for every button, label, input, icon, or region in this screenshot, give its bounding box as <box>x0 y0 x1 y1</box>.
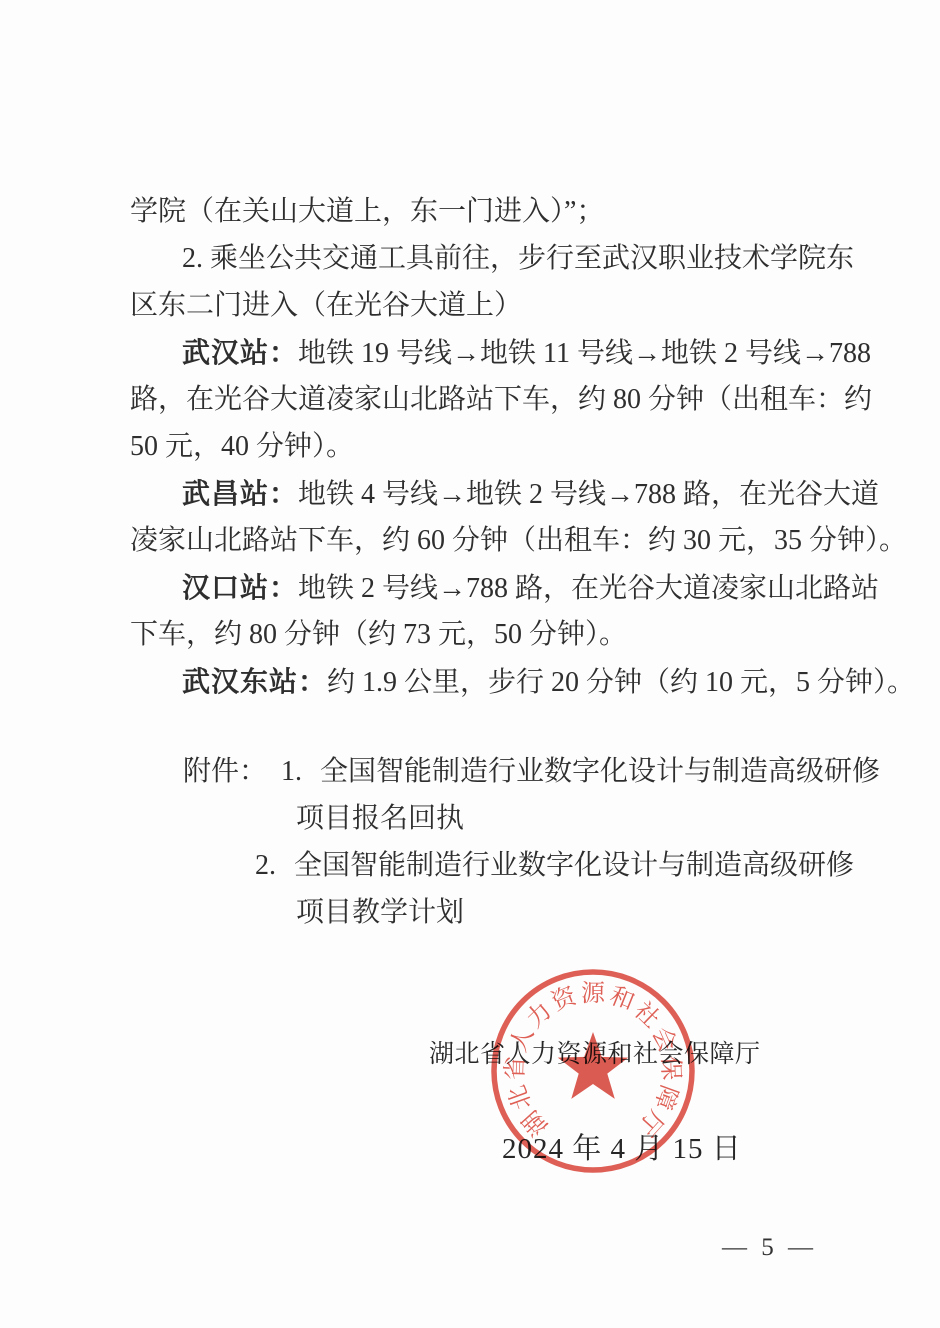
body-line-1: 学院（在关山大道上，东一门进入）”； <box>130 188 842 235</box>
attachments-list: 附件：1.全国智能制造行业数字化设计与制造高级研修 项目报名回执 2.全国智能制… <box>183 748 843 936</box>
body-line-7: 武昌站：地铁 4 号线→地铁 2 号线→788 路，在光谷大道 <box>130 470 842 517</box>
attachment-title: 项目教学计划 <box>296 897 464 928</box>
line-text: 地铁 2 号线→788 路，在光谷大道凌家山北路站 <box>298 573 879 604</box>
attachment-item-1-line-2: 项目报名回执 <box>183 795 843 842</box>
seal-star-icon <box>558 1032 628 1099</box>
body-text: 学院（在关山大道上，东一门进入）”； 2. 乘坐公共交通工具前往，步行至武汉职业… <box>130 188 842 705</box>
station-name-wuhandong: 武汉东站： <box>182 666 327 697</box>
line-text: 凌家山北路站下车，约 60 分钟（出租车：约 30 元，35 分钟）。 <box>130 525 907 556</box>
svg-text:资: 资 <box>548 982 581 1016</box>
line-text: 学院（在关山大道上，东一门进入）”； <box>130 196 604 227</box>
document-page: 学院（在关山大道上，东一门进入）”； 2. 乘坐公共交通工具前往，步行至武汉职业… <box>0 0 940 1328</box>
attachments-label: 附件： <box>183 756 281 787</box>
svg-text:厅: 厅 <box>633 1105 669 1141</box>
svg-text:会: 会 <box>647 1023 681 1056</box>
line-text: 约 1.9 公里，步行 20 分钟（约 10 元，5 分钟）。 <box>327 667 915 698</box>
body-line-9: 汉口站：地铁 2 号线→788 路，在光谷大道凌家山北路站 <box>130 564 842 611</box>
svg-text:保: 保 <box>657 1056 685 1081</box>
line-text: 50 元，40 分钟）。 <box>130 431 354 462</box>
body-line-5: 路，在光谷大道凌家山北路站下车，约 80 分钟（出租车：约 <box>130 376 842 423</box>
body-line-11: 武汉东站：约 1.9 公里，步行 20 分钟（约 10 元，5 分钟）。 <box>130 658 842 705</box>
line-text: 路，在光谷大道凌家山北路站下车，约 80 分钟（出租车：约 <box>130 384 872 415</box>
line-text: 地铁 4 号线→地铁 2 号线→788 路，在光谷大道 <box>298 479 879 510</box>
official-seal-stamp: 湖北省人力资源和社会保障厅 <box>482 960 704 1182</box>
attachment-item-2-line-2: 项目教学计划 <box>183 889 843 936</box>
attachment-title: 全国智能制造行业数字化设计与制造高级研修 <box>294 850 854 881</box>
station-name-hankou: 汉口站： <box>182 572 298 603</box>
attachment-item-1-line-1: 附件：1.全国智能制造行业数字化设计与制造高级研修 <box>183 748 843 795</box>
line-text: 区东二门进入（在光谷大道上） <box>130 290 522 321</box>
attachment-number: 1. <box>281 756 320 787</box>
page-number: — 5 — <box>722 1233 817 1263</box>
station-name-wuchang: 武昌站： <box>182 478 298 509</box>
line-text: 下车，约 80 分钟（约 73 元，50 分钟）。 <box>130 619 627 650</box>
svg-text:源: 源 <box>581 980 606 1007</box>
body-line-4: 武汉站：地铁 19 号线→地铁 11 号线→地铁 2 号线→788 <box>130 329 842 376</box>
attachment-number: 2. <box>255 850 294 881</box>
body-line-2: 2. 乘坐公共交通工具前往，步行至武汉职业技术学院东 <box>130 235 842 282</box>
body-line-6: 50 元，40 分钟）。 <box>130 423 842 470</box>
line-text: 地铁 19 号线→地铁 11 号线→地铁 2 号线→788 <box>298 338 871 369</box>
body-line-3: 区东二门进入（在光谷大道上） <box>130 282 842 329</box>
svg-text:北: 北 <box>504 1082 537 1113</box>
line-text: 2. 乘坐公共交通工具前往，步行至武汉职业技术学院东 <box>182 243 854 274</box>
attachment-item-2-line-1: 2.全国智能制造行业数字化设计与制造高级研修 <box>183 842 843 889</box>
svg-text:省: 省 <box>502 1056 530 1081</box>
body-line-8: 凌家山北路站下车，约 60 分钟（出租车：约 30 元，35 分钟）。 <box>130 517 842 564</box>
body-line-10: 下车，约 80 分钟（约 73 元，50 分钟）。 <box>130 611 842 658</box>
attachment-title: 全国智能制造行业数字化设计与制造高级研修 <box>320 756 880 787</box>
station-name-wuhan: 武汉站： <box>182 337 298 368</box>
attachment-title: 项目报名回执 <box>296 803 464 834</box>
